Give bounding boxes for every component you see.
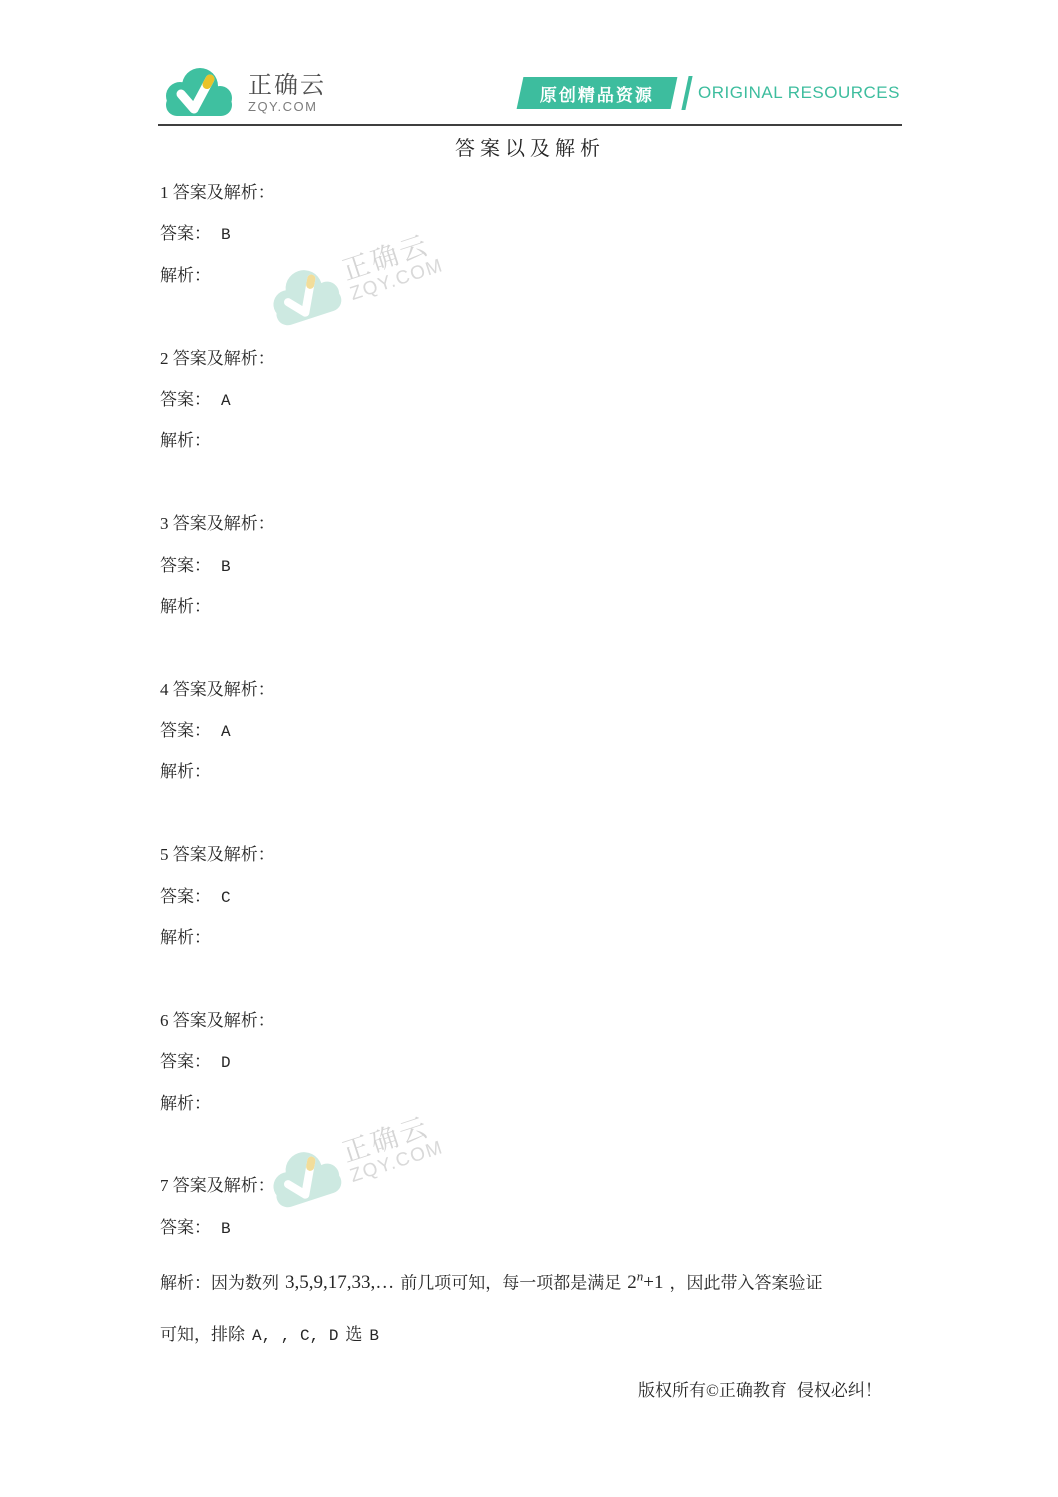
answer-line: 答案：B — [160, 1207, 900, 1248]
answer-value: C — [221, 889, 231, 907]
document-page: 正确云 ZQY.COM 原创精品资源 ORIGINAL RESOURCES — [0, 0, 1058, 1497]
analysis-line: 解析： — [160, 255, 900, 296]
brand-logo: 正确云 ZQY.COM — [160, 64, 326, 122]
answer-value: B — [221, 226, 231, 244]
page-title: 答案以及解析 — [160, 126, 900, 172]
section-heading: 2 答案及解析： — [160, 338, 900, 379]
analysis-line: 解析： — [160, 751, 900, 792]
answer-section-2: 2 答案及解析： 答案：A 解析： — [160, 338, 900, 462]
slash-divider — [681, 76, 692, 110]
answer-section-1: 1 答案及解析： 答案：B 解析： — [160, 172, 900, 296]
analysis-line: 解析： — [160, 420, 900, 461]
brand-domain: ZQY.COM — [248, 99, 326, 114]
document-header: 正确云 ZQY.COM 原创精品资源 ORIGINAL RESOURCES — [160, 62, 900, 124]
section-heading: 6 答案及解析： — [160, 1000, 900, 1041]
answer-line: 答案：B — [160, 213, 900, 254]
answer-line: 答案：A — [160, 710, 900, 751]
answer-value: A — [221, 392, 231, 410]
answer-section-5: 5 答案及解析： 答案：C 解析： — [160, 834, 900, 958]
analysis-line: 解析： — [160, 1083, 900, 1124]
original-resources-banner: 原创精品资源 ORIGINAL RESOURCES — [520, 76, 900, 110]
answer-value: D — [221, 1054, 231, 1072]
answer-section-7: 7 答案及解析： 答案：B 解析：因为数列3,5,9,17,33,…前几项可知，… — [160, 1165, 900, 1362]
analysis-line: 解析： — [160, 586, 900, 627]
answer-value: B — [221, 1220, 231, 1238]
brand-logo-text: 正确云 ZQY.COM — [248, 73, 326, 114]
analysis-line: 解析： — [160, 917, 900, 958]
original-resources-badge: 原创精品资源 — [517, 77, 678, 109]
badge-label-en: ORIGINAL RESOURCES — [698, 83, 900, 103]
excluded-options: A, , C, D — [252, 1327, 338, 1345]
formula-expression: 2n+1 — [627, 1272, 663, 1293]
answer-line: 答案：C — [160, 876, 900, 917]
badge-label-cn: 原创精品资源 — [540, 81, 654, 106]
answer-section-6: 6 答案及解析： 答案：D 解析： — [160, 1000, 900, 1124]
chosen-option: B — [369, 1327, 379, 1345]
infringement-warning: 侵权必纠！ — [797, 1381, 882, 1400]
answer-line: 答案：D — [160, 1041, 900, 1082]
answer-section-3: 3 答案及解析： 答案：B 解析： — [160, 503, 900, 627]
section-heading: 7 答案及解析： — [160, 1165, 900, 1206]
copyright-text: 版权所有©正确教育 — [638, 1381, 787, 1400]
answer-value: B — [221, 558, 231, 576]
sequence-expression: 3,5,9,17,33,… — [285, 1272, 394, 1293]
section-heading: 4 答案及解析： — [160, 669, 900, 710]
answer-line: 答案：B — [160, 545, 900, 586]
section-heading: 1 答案及解析： — [160, 172, 900, 213]
logo-cloud-check-icon — [160, 64, 238, 122]
document-content: 答案以及解析 1 答案及解析： 答案：B 解析： 2 答案及解析： 答案：A 解… — [160, 126, 900, 1404]
brand-name: 正确云 — [248, 73, 326, 99]
section-heading: 5 答案及解析： — [160, 834, 900, 875]
answer-line: 答案：A — [160, 379, 900, 420]
analysis-text: 解析：因为数列3,5,9,17,33,…前几项可知，每一项都是满足2n+1，因此… — [160, 1251, 900, 1362]
section-heading: 3 答案及解析： — [160, 503, 900, 544]
answer-section-4: 4 答案及解析： 答案：A 解析： — [160, 669, 900, 793]
copyright-footer: 版权所有©正确教育侵权必纠！ — [638, 1380, 882, 1402]
answer-value: A — [221, 723, 231, 741]
